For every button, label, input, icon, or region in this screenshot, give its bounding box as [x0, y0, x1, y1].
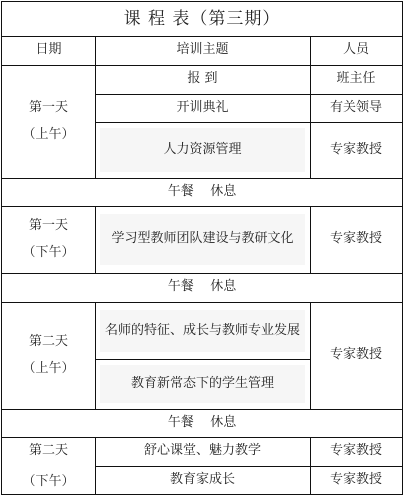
- staff-cell: 专家教授: [310, 302, 402, 409]
- table-title: 课 程 表（第三期）: [2, 2, 402, 36]
- divider: [1, 65, 403, 66]
- topic-cell: 人力资源管理: [100, 128, 305, 172]
- divider: [310, 302, 311, 409]
- divider: [95, 36, 96, 178]
- border: [1, 1, 2, 495]
- topic-cell: 教育新常态下的学生管理: [100, 365, 305, 403]
- divider: [1, 178, 403, 179]
- staff-cell: 有关领导: [310, 94, 402, 122]
- divider: [95, 302, 96, 409]
- date-cell: 第二天 （上午）: [2, 302, 95, 409]
- header-staff: 人员: [310, 36, 402, 65]
- topic-cell: 报 到: [95, 65, 310, 94]
- header-topic: 培训主题: [95, 36, 310, 65]
- date-cell: 第一天 （上午）: [2, 65, 95, 178]
- staff-cell: 专家教授: [310, 122, 402, 178]
- topic-cell: 教育家成长: [95, 466, 310, 495]
- lunch-break-row: 午餐 休息: [2, 273, 402, 302]
- divider: [95, 359, 310, 360]
- staff-cell: 班主任: [310, 65, 402, 94]
- lunch-break-row: 午餐 休息: [2, 409, 402, 437]
- lunch-break-row: 午餐 休息: [2, 178, 402, 206]
- topic-cell: 开训典礼: [95, 94, 310, 122]
- date-period: （上午）: [22, 361, 74, 378]
- divider: [1, 206, 403, 207]
- date-cell: 第一天 （下午）: [2, 206, 95, 273]
- divider: [1, 273, 403, 274]
- divider: [1, 36, 403, 37]
- divider: [95, 122, 403, 123]
- schedule-table: 课 程 表（第三期） 日期 培训主题 人员 第一天 （上午） 报 到 班主任 开…: [0, 0, 405, 495]
- date-cell: 第二天 （下午）: [2, 437, 95, 495]
- staff-cell: 专家教授: [310, 466, 402, 495]
- header-date: 日期: [2, 36, 95, 65]
- border: [402, 1, 403, 495]
- topic-cell: 舒心课堂、魅力教学: [95, 437, 310, 466]
- staff-cell: 专家教授: [310, 437, 402, 466]
- date-day: 第一天: [29, 100, 68, 117]
- divider: [1, 437, 403, 438]
- topic-cell: 学习型教师团队建设与教研文化: [100, 214, 305, 265]
- divider: [310, 437, 311, 495]
- staff-cell: 专家教授: [310, 206, 402, 273]
- divider: [310, 206, 311, 273]
- divider: [95, 206, 96, 273]
- divider: [95, 437, 96, 495]
- date-day: 第二天: [29, 334, 68, 351]
- date-period: （下午）: [22, 245, 74, 262]
- date-day: 第二天: [29, 443, 68, 460]
- topic-cell: 名师的特征、成长与教师专业发展: [100, 310, 305, 352]
- divider: [95, 466, 403, 467]
- date-day: 第一天: [29, 218, 68, 235]
- border: [1, 1, 403, 2]
- date-period: （下午）: [22, 474, 74, 491]
- divider: [310, 36, 311, 178]
- divider: [95, 94, 403, 95]
- divider: [1, 409, 403, 410]
- divider: [1, 302, 403, 303]
- date-period: （上午）: [22, 127, 74, 144]
